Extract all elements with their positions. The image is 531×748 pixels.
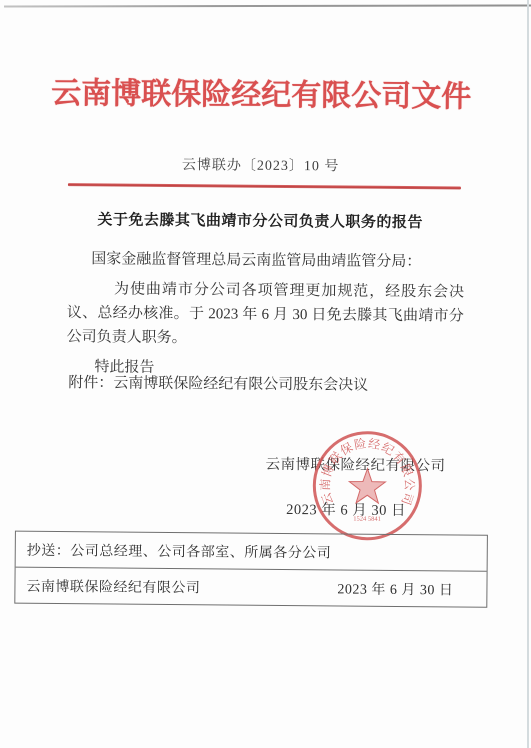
attachment-line: 附件：云南博联保险经纪有限公司股东会决议 (68, 371, 368, 395)
seal-code: 1524 5841 (353, 516, 381, 523)
document-content: 云南博联保险经纪有限公司文件 云博联办〔2023〕10 号 关于免去滕其飞曲靖市… (0, 0, 531, 748)
footer-table: 抄送：公司总经理、公司各部室、所属各分公司 云南博联保险经纪有限公司 2023 … (14, 531, 488, 608)
letterhead-title: 云南博联保险经纪有限公司文件 (1, 67, 522, 116)
table-row-issuer: 云南博联保险经纪有限公司 2023 年 6 月 30 日 (15, 568, 486, 607)
body-paragraph: 为使曲靖市分公司各项管理更加规范，经股东会决议、总经办核准。于 2023 年 6… (67, 277, 465, 352)
cc-text: 抄送：公司总经理、公司各部室、所属各分公司 (27, 539, 332, 562)
issue-date: 2023 年 6 月 30 日 (337, 570, 453, 606)
table-row-cc: 抄送：公司总经理、公司各部室、所属各分公司 (16, 532, 487, 572)
report-title: 关于免去滕其飞曲靖市分公司负责人职务的报告 (0, 207, 521, 233)
issuer-name: 云南博联保险经纪有限公司 (26, 575, 200, 597)
red-divider-rule (68, 183, 461, 189)
document-body: 国家金融监督管理总局云南监管局曲靖监管分局： 为使曲靖市分公司各项管理更加规范，… (66, 247, 464, 382)
salutation-line: 国家金融监督管理总局云南监管局曲靖监管分局： (67, 247, 464, 274)
company-seal-stamp: 云南博联保险经纪有限公司 1524 5841 (309, 427, 426, 544)
seal-star-icon (349, 469, 385, 504)
scanned-document-page: 云南博联保险经纪有限公司文件 云博联办〔2023〕10 号 关于免去滕其飞曲靖市… (0, 0, 531, 748)
document-number: 云博联办〔2023〕10 号 (0, 152, 521, 177)
